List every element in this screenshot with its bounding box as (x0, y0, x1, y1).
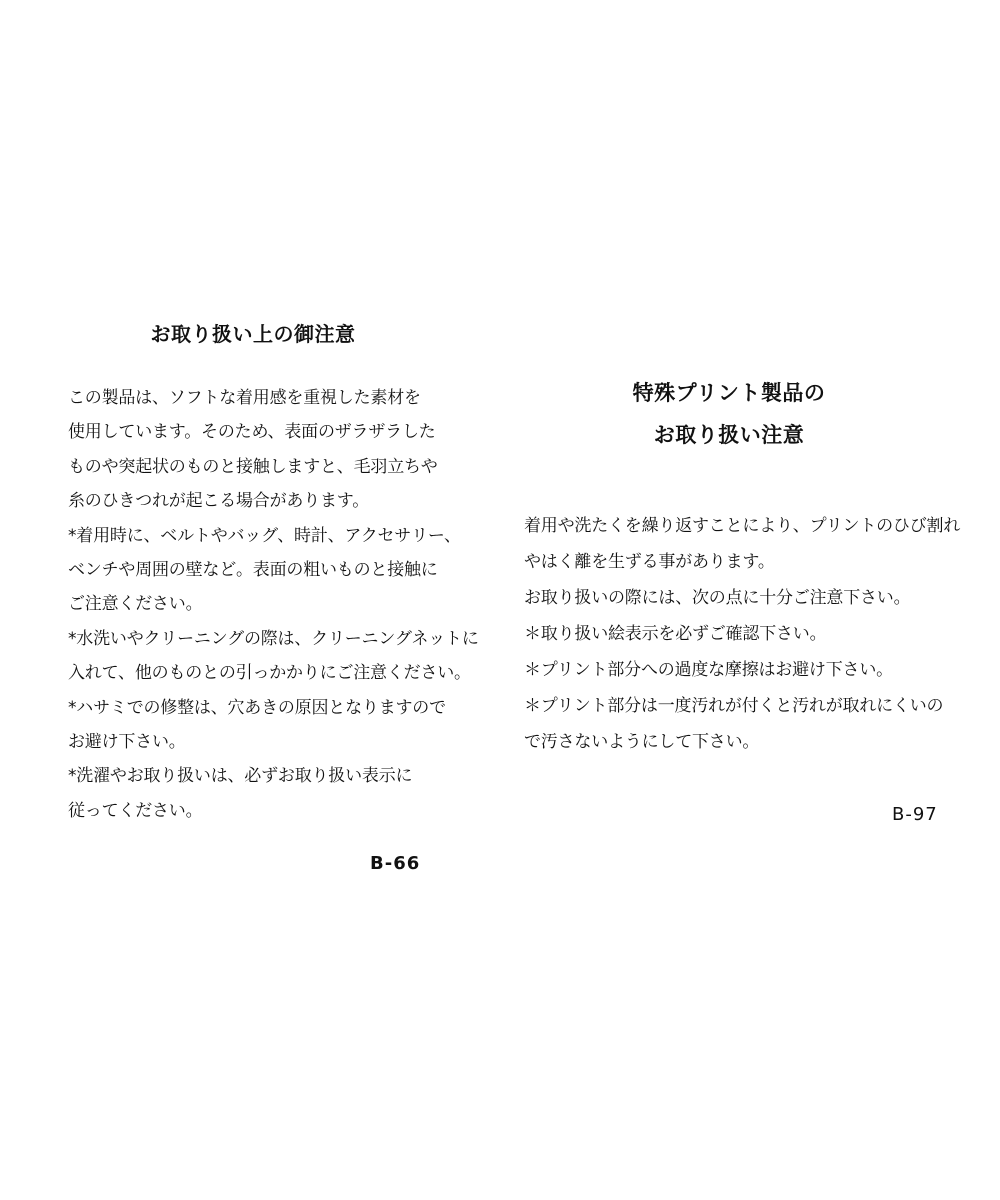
care-instructions-title: お取り扱い上の御注意 (68, 316, 438, 352)
body-line: *着用時に、ベルトやバッグ、時計、アクセサリー、 (68, 519, 448, 553)
print-care-body: 着用や洗たくを繰り返すことにより、プリントのひび割れ やはく離を生ずる事がありま… (524, 508, 954, 760)
body-line: *水洗いやクリーニングの際は、クリーニングネットに (68, 622, 448, 656)
body-line: ＊プリント部分は一度汚れが付くと汚れが取れにくいの (524, 688, 954, 724)
body-line: 入れて、他のものとの引っかかりにご注意ください。 (68, 656, 448, 690)
body-line: 使用しています。そのため、表面のザラザラした (68, 415, 448, 449)
page-code-right: B-97 (892, 804, 938, 825)
print-care-title-line1: 特殊プリント製品の (524, 372, 934, 414)
body-line: ご注意ください。 (68, 587, 448, 621)
page-code-left: B-66 (370, 853, 420, 874)
body-line: この製品は、ソフトな着用感を重視した素材を (68, 381, 448, 415)
body-line: ベンチや周囲の壁など。表面の粗いものと接触に (68, 553, 448, 587)
body-line: 従ってください。 (68, 794, 448, 828)
body-line: *洗濯やお取り扱いは、必ずお取り扱い表示に (68, 759, 448, 793)
body-line: ＊プリント部分への過度な摩擦はお避け下さい。 (524, 652, 954, 688)
body-line: 糸のひきつれが起こる場合があります。 (68, 484, 448, 518)
print-care-title-line2: お取り扱い注意 (524, 414, 934, 456)
body-line: お取り扱いの際には、次の点に十分ご注意下さい。 (524, 580, 954, 616)
body-line: *ハサミでの修整は、穴あきの原因となりますので (68, 691, 448, 725)
body-line: ものや突起状のものと接触しますと、毛羽立ちや (68, 450, 448, 484)
care-instructions-panel: お取り扱い上の御注意 この製品は、ソフトな着用感を重視した素材を 使用しています… (68, 316, 448, 828)
body-line: ＊取り扱い絵表示を必ずご確認下さい。 (524, 616, 954, 652)
body-line: で汚さないようにして下さい。 (524, 724, 954, 760)
body-line: やはく離を生ずる事があります。 (524, 544, 954, 580)
body-line: 着用や洗たくを繰り返すことにより、プリントのひび割れ (524, 508, 954, 544)
care-instructions-body: この製品は、ソフトな着用感を重視した素材を 使用しています。そのため、表面のザラ… (68, 381, 448, 828)
body-line: お避け下さい。 (68, 725, 448, 759)
print-care-panel: 特殊プリント製品の お取り扱い注意 着用や洗たくを繰り返すことにより、プリントの… (524, 372, 954, 760)
